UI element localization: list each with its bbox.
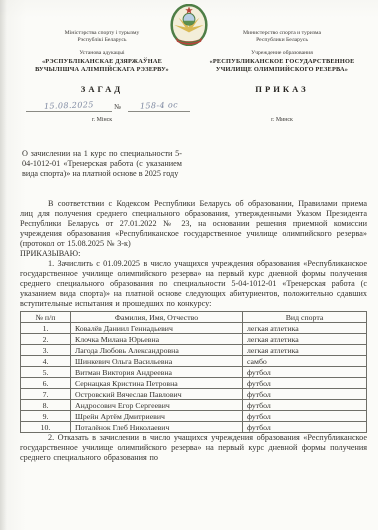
student-name: Витман Виктория Андреевна [71,367,243,378]
item2-paragraph: 2. Отказать в зачислении в число учащихс… [20,433,367,463]
sport-kind: самбо [243,356,367,367]
row-number: 9. [21,411,71,422]
row-number: 7. [21,389,71,400]
student-name: Шрейн Артём Дмитриевич [71,411,243,422]
ministry-name-by: Міністэрства спорту і турызму Рэспублікі… [12,30,192,45]
table-row: 9. Шрейн Артём Дмитриевич футбол [21,411,367,422]
header-left-belarusian: Міністэрства спорту і турызму Рэспублікі… [12,30,192,123]
table-header-row: № п/п Фамилия, Имя, Отчество Вид спорта [21,312,367,323]
order-subject: О зачислении на 1 курс по специальности … [22,149,182,178]
row-number: 4. [21,356,71,367]
sport-kind: футбол [243,400,367,411]
sport-kind: футбол [243,422,367,433]
header-right-russian: Министерство спорта и туризма Республики… [194,30,370,123]
item1-paragraph: 1. Зачислить с 01.09.2025 в число учащих… [20,259,367,309]
handwritten-number: 158-4 ос [140,100,178,110]
org-name-ru: «РЕСПУБЛИКАНСКОЕ ГОСУДАРСТВЕННОЕ УЧИЛИЩЕ… [194,58,370,75]
spacer [194,94,370,117]
student-name: Лагода Любовь Александровна [71,345,243,356]
date-number-row: 15.08.2025 № 158-4 ос [12,97,192,117]
row-number: 10. [21,422,71,433]
date-line: 15.08.2025 [26,102,112,112]
number-sign: № [114,103,121,111]
table-row: 2. Клочка Милана Юрьевна легкая атлетика [21,334,367,345]
enrollment-table: № п/п Фамилия, Имя, Отчество Вид спорта … [20,311,367,433]
student-name: Шинкевич Ольга Васильевна [71,356,243,367]
row-number: 3. [21,345,71,356]
sport-kind: футбол [243,389,367,400]
row-number: 1. [21,323,71,334]
scanned-order-document: Міністэрства спорту і турызму Рэспублікі… [0,0,378,530]
col-header-name: Фамилия, Имя, Отчество [71,312,243,323]
ministry-name-ru: Министерство спорта и туризма Республики… [194,30,370,45]
intro-paragraph: В соответствии с Кодексом Республики Бел… [20,199,367,249]
doc-type-zagad: ЗАГАД [12,84,192,94]
table-row: 3. Лагода Любовь Александровна легкая ат… [21,345,367,356]
sport-kind: футбол [243,411,367,422]
student-name: Андросович Егор Сергеевич [71,400,243,411]
table-row: 1. Ковалёв Даниил Геннадьевич легкая атл… [21,323,367,334]
sport-kind: легкая атлетика [243,334,367,345]
table-row: 4. Шинкевич Ольга Васильевна самбо [21,356,367,367]
handwritten-date: 15.08.2025 [44,100,94,111]
org-type-by: Установа адукацыі [12,50,192,56]
number-line: 158-4 ос [128,102,190,112]
resolve-word: ПРИКАЗЫВАЮ: [20,249,367,259]
row-number: 2. [21,334,71,345]
student-name: Клочка Милана Юрьевна [71,334,243,345]
doc-type-prikaz: ПРИКАЗ [194,84,370,94]
city-minsk-ru: г. Минск [194,117,370,123]
org-name-by: «РЭСПУБЛІКАНСКАЕ ДЗЯРЖАЎНАЕ ВУЧЫЛІШЧА АЛ… [12,58,192,75]
student-name: Островский Вячеслав Павлович [71,389,243,400]
row-number: 6. [21,378,71,389]
col-header-sport: Вид спорта [243,312,367,323]
table-row: 8. Андросович Егор Сергеевич футбол [21,400,367,411]
table-row: 5. Витман Виктория Андреевна футбол [21,367,367,378]
sport-kind: легкая атлетика [243,323,367,334]
sport-kind: футбол [243,378,367,389]
sport-kind: легкая атлетика [243,345,367,356]
sport-kind: футбол [243,367,367,378]
enrollment-table-body: 1. Ковалёв Даниил Геннадьевич легкая атл… [21,323,367,433]
row-number: 8. [21,400,71,411]
city-minsk-by: г. Мінск [12,117,192,123]
org-type-ru: Учреждение образования [194,50,370,56]
student-name: Ковалёв Даниил Геннадьевич [71,323,243,334]
table-row: 6. Сернацкая Кристина Петровна футбол [21,378,367,389]
student-name: Поталёнок Глеб Николаевич [71,422,243,433]
order-body: В соответствии с Кодексом Республики Бел… [20,199,367,463]
col-header-number: № п/п [21,312,71,323]
table-row: 7. Островский Вячеслав Павлович футбол [21,389,367,400]
student-name: Сернацкая Кристина Петровна [71,378,243,389]
table-row: 10. Поталёнок Глеб Николаевич футбол [21,422,367,433]
row-number: 5. [21,367,71,378]
